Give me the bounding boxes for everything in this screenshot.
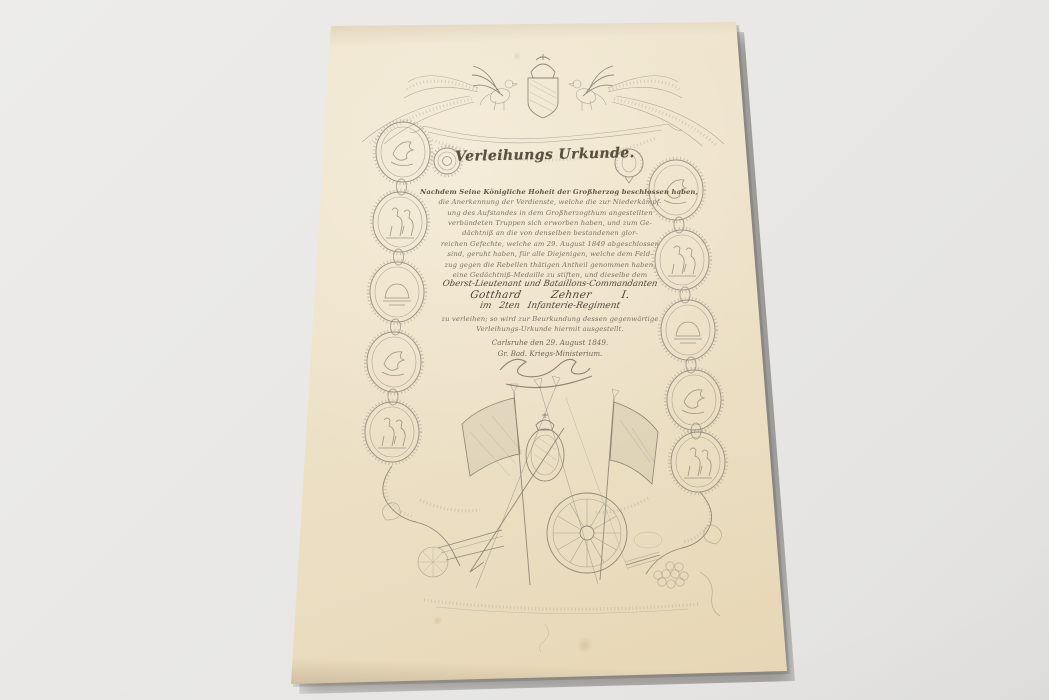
issuer-line: Gr. Bad. Kriegs-Ministerium. <box>420 349 680 358</box>
body-line: Nachdem Seine Königliche Hoheit der Groß… <box>420 187 680 197</box>
recipient-regiment-line: im 2ten Infanterie-Regiment <box>419 301 681 311</box>
body-line: ung des Aufstandes in dem Großherzogthum… <box>420 208 680 218</box>
body-line: zug gegen die Rebellen thätigen Antheil … <box>420 260 680 270</box>
photo-scene: Verleihungs Urkunde. Nachdem Seine König… <box>0 0 1049 700</box>
certificate-title: Verleihungs Urkunde. <box>440 145 650 165</box>
recipient-rank-line: Oberst-Lieutenant und Bataillons-Command… <box>419 279 681 289</box>
body-line: reichen Gefechte, welche am 29. August 1… <box>420 239 680 249</box>
body-line: sind, geruht haben, für alle Diejenigen,… <box>420 249 680 259</box>
closing-line: zu verleihen; so wird zur Beurkundung de… <box>420 314 680 324</box>
place-date-line: Carlsruhe den 29. August 1849. <box>420 338 680 347</box>
body-line: verbündeten Truppen sich erworben haben,… <box>420 218 680 228</box>
body-line: dächtniß an die von denselben bestandene… <box>420 228 680 238</box>
body-line: die Anerkennung der Verdienste, welche d… <box>420 197 680 207</box>
certificate-text: Verleihungs Urkunde. Nachdem Seine König… <box>0 0 1049 700</box>
closing-line: Verleihungs-Urkunde hiermit ausgestellt. <box>420 324 680 334</box>
recipient-name-line: Gotthard Zehner I. <box>419 289 681 301</box>
